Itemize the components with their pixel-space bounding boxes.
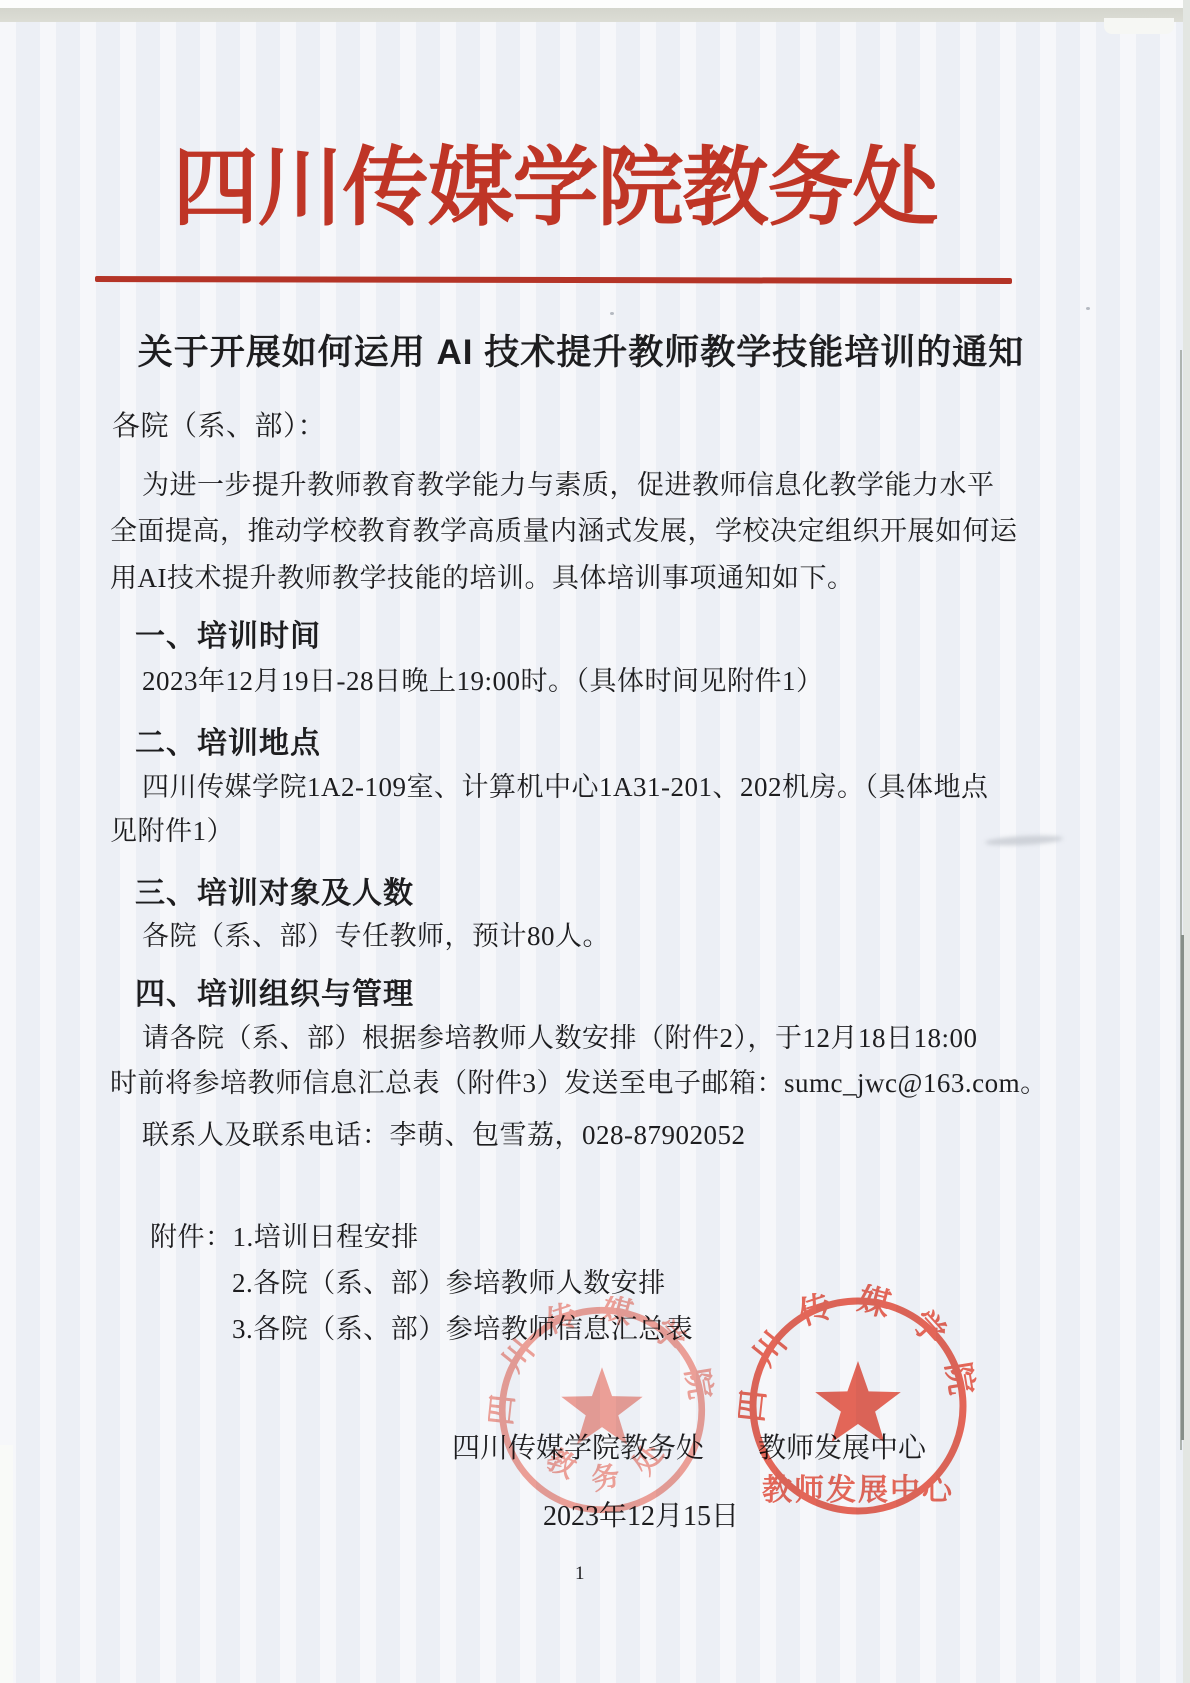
body-line: 2023年12月19日-28日晚上19:00时。（具体时间见附件1） — [142, 664, 824, 698]
stamp-bottom-text: 教师发展中心 — [762, 1473, 954, 1507]
salutation: 各院（系、部）： — [112, 410, 326, 444]
section-heading-4: 四、培训组织与管理 — [135, 978, 414, 1012]
paper-edge-dark-line — [1181, 935, 1184, 1440]
scan-bottom-left-corner — [0, 1445, 13, 1683]
scan-speck — [1086, 307, 1090, 310]
stamp-star-icon — [561, 1367, 642, 1444]
scan-top-white-strip — [0, 0, 1190, 8]
page-number: 1 — [575, 1563, 585, 1585]
official-stamp-jiaowuchu: 四川传媒学院 教务处 — [488, 1296, 716, 1524]
body-line: 为进一步提升教师教育教学能力与素质，促进教师信息化教学能力水平 — [142, 468, 995, 502]
body-line: 四川传媒学院1A2-109室、计算机中心1A31-201、202机房。（具体地点 — [142, 770, 988, 804]
scanned-notice-page: 四川传媒学院教务处 关于开展如何运用 AI 技术提升教师教学技能培训的通知 各院… — [0, 0, 1190, 1683]
section-heading-1: 一、培训时间 — [135, 620, 321, 654]
paper-right-edge — [1183, 0, 1190, 1683]
notice-title: 关于开展如何运用 AI 技术提升教师教学技能培训的通知 — [0, 325, 1162, 375]
attachment-line-1: 附件：1.培训日程安排 — [150, 1220, 419, 1254]
body-line: 用AI技术提升教师教学技能的培训。具体培训事项通知如下。 — [110, 561, 855, 595]
pencil-smudge — [985, 834, 1063, 847]
scan-top-gray-strip — [0, 8, 1190, 22]
attachment-line-2: 2.各院（系、部）参培教师人数安排 — [232, 1266, 666, 1300]
body-line: 各院（系、部）专任教师，预计80人。 — [142, 919, 610, 953]
contact-line: 联系人及联系电话：李萌、包雪荔，028-87902052 — [142, 1118, 746, 1152]
letterhead-title: 四川传媒学院教务处 — [0, 118, 1110, 242]
scan-top-edge-notch — [1104, 18, 1174, 34]
body-line: 请各院（系、部）根据参培教师人数安排（附件2），于12月18日18:00 — [142, 1021, 978, 1055]
section-heading-2: 二、培训地点 — [135, 727, 321, 761]
scan-speck — [610, 312, 614, 315]
body-line: 全面提高，推动学校教育教学高质量内涵式发展，学校决定组织开展如何运 — [110, 514, 1018, 548]
section-heading-3: 三、培训对象及人数 — [135, 877, 414, 911]
body-line: 见附件1） — [110, 814, 234, 848]
letterhead-rule — [95, 276, 1012, 284]
official-stamp-fazhan-center: 四川传媒学院 教师发展中心 — [738, 1284, 978, 1528]
body-line: 时前将参培教师信息汇总表（附件3）发送至电子邮箱：sumc_jwc@163.co… — [110, 1066, 1048, 1100]
stamp-star-icon — [815, 1361, 901, 1442]
